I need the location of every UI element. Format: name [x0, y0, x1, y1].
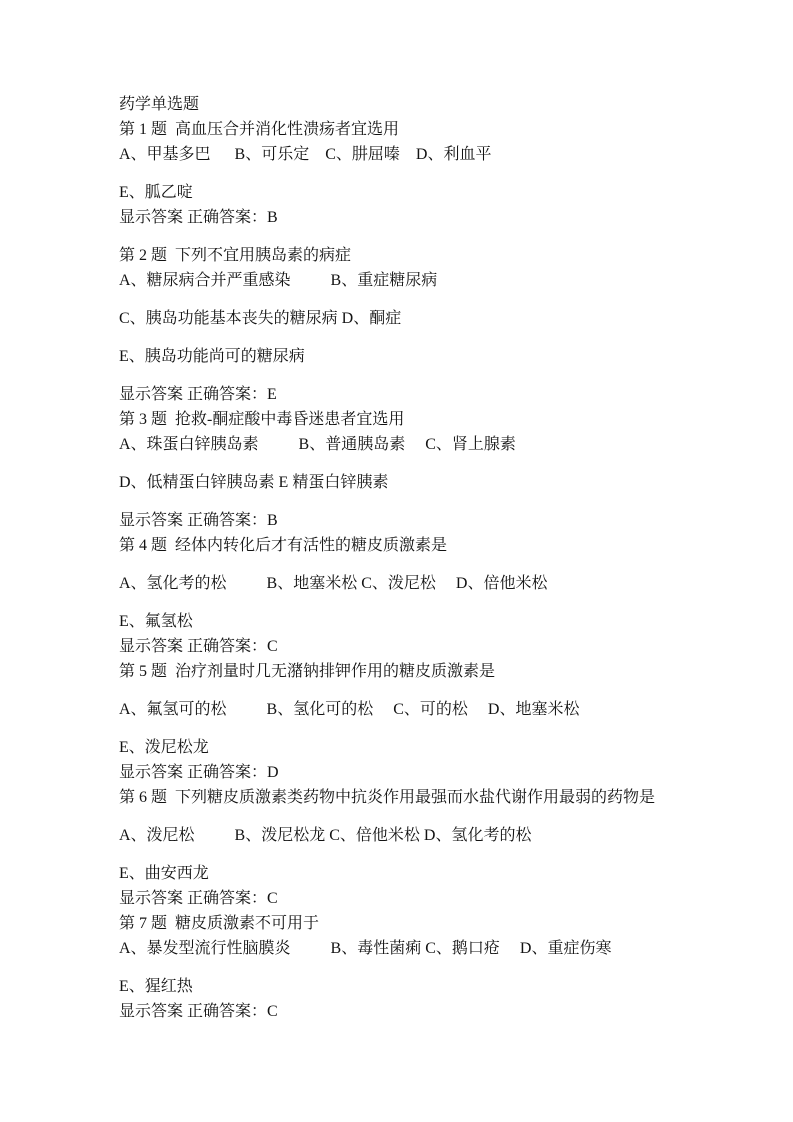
question-7-options-line: A、暴发型流行性脑膜炎 B、毒性菌痢 C、鹅口疮 D、重症伤寒: [119, 936, 683, 961]
question-3-heading-line: 第 3 题 抢救-酮症酸中毒昏迷患者宜选用: [119, 407, 683, 432]
question-5: 第 5 题 治疗剂量时几无潴钠排钾作用的糖皮质激素是A、氟氢可的松 B、氢化可的…: [119, 659, 683, 785]
blank-line: [119, 293, 683, 306]
blank-line: [119, 722, 683, 735]
question-1-heading-line: 第 1 题 高血压合并消化性溃疡者宜选用: [119, 117, 683, 142]
document-page: 药学单选题 第 1 题 高血压合并消化性溃疡者宜选用A、甲基多巴 B、可乐定 C…: [0, 0, 793, 1122]
blank-line: [119, 848, 683, 861]
question-5-heading-line: 第 5 题 治疗剂量时几无潴钠排钾作用的糖皮质激素是: [119, 659, 683, 684]
question-2: 第 2 题 下列不宜用胰岛素的病症A、糖尿病合并严重感染 B、重症糖尿病C、胰岛…: [119, 243, 683, 407]
question-6-options-line: A、泼尼松 B、泼尼松龙 C、倍他米松 D、氢化考的松: [119, 823, 683, 848]
question-2-options-line: A、糖尿病合并严重感染 B、重症糖尿病: [119, 268, 683, 293]
question-4-answer-line: 显示答案 正确答案：C: [119, 634, 683, 659]
question-7-answer-line: 显示答案 正确答案：C: [119, 999, 683, 1024]
question-3-options-line: D、低精蛋白锌胰岛素 E 精蛋白锌胰素: [119, 470, 683, 495]
question-3-options-line: A、珠蛋白锌胰岛素 B、普通胰岛素 C、肾上腺素: [119, 432, 683, 457]
document-title: 药学单选题: [119, 92, 683, 117]
blank-line: [119, 230, 683, 243]
question-7: 第 7 题 糖皮质激素不可用于A、暴发型流行性脑膜炎 B、毒性菌痢 C、鹅口疮 …: [119, 911, 683, 1024]
blank-line: [119, 331, 683, 344]
question-2-answer-line: 显示答案 正确答案：E: [119, 382, 683, 407]
question-6-answer-line: 显示答案 正确答案：C: [119, 886, 683, 911]
question-6: 第 6 题 下列糖皮质激素类药物中抗炎作用最强而水盐代谢作用最弱的药物是A、泼尼…: [119, 785, 683, 911]
question-3: 第 3 题 抢救-酮症酸中毒昏迷患者宜选用A、珠蛋白锌胰岛素 B、普通胰岛素 C…: [119, 407, 683, 533]
document-body: 第 1 题 高血压合并消化性溃疡者宜选用A、甲基多巴 B、可乐定 C、肼屈嗪 D…: [119, 117, 683, 1024]
blank-line: [119, 684, 683, 697]
blank-line: [119, 596, 683, 609]
question-1-option-line: E、胍乙啶: [119, 180, 683, 205]
question-5-option-line: E、泼尼松龙: [119, 735, 683, 760]
question-4-options-line: A、氢化考的松 B、地塞米松 C、泼尼松 D、倍他米松: [119, 571, 683, 596]
blank-line: [119, 369, 683, 382]
question-2-option-line: E、胰岛功能尚可的糖尿病: [119, 344, 683, 369]
blank-line: [119, 457, 683, 470]
question-6-option-line: E、曲安西龙: [119, 861, 683, 886]
question-3-answer-line: 显示答案 正确答案：B: [119, 508, 683, 533]
blank-line: [119, 558, 683, 571]
question-1-answer-line: 显示答案 正确答案：B: [119, 205, 683, 230]
question-5-answer-line: 显示答案 正确答案：D: [119, 760, 683, 785]
blank-line: [119, 810, 683, 823]
blank-line: [119, 495, 683, 508]
question-1: 第 1 题 高血压合并消化性溃疡者宜选用A、甲基多巴 B、可乐定 C、肼屈嗪 D…: [119, 117, 683, 243]
blank-line: [119, 167, 683, 180]
question-5-options-line: A、氟氢可的松 B、氢化可的松 C、可的松 D、地塞米松: [119, 697, 683, 722]
question-4-heading-line: 第 4 题 经体内转化后才有活性的糖皮质激素是: [119, 533, 683, 558]
blank-line: [119, 961, 683, 974]
question-6-heading-line: 第 6 题 下列糖皮质激素类药物中抗炎作用最强而水盐代谢作用最弱的药物是: [119, 785, 683, 810]
question-2-options-line: C、胰岛功能基本丧失的糖尿病 D、酮症: [119, 306, 683, 331]
question-4-option-line: E、氟氢松: [119, 609, 683, 634]
question-4: 第 4 题 经体内转化后才有活性的糖皮质激素是A、氢化考的松 B、地塞米松 C、…: [119, 533, 683, 659]
question-2-heading-line: 第 2 题 下列不宜用胰岛素的病症: [119, 243, 683, 268]
question-1-options-line: A、甲基多巴 B、可乐定 C、肼屈嗪 D、利血平: [119, 142, 683, 167]
question-7-heading-line: 第 7 题 糖皮质激素不可用于: [119, 911, 683, 936]
question-7-option-line: E、猩红热: [119, 974, 683, 999]
